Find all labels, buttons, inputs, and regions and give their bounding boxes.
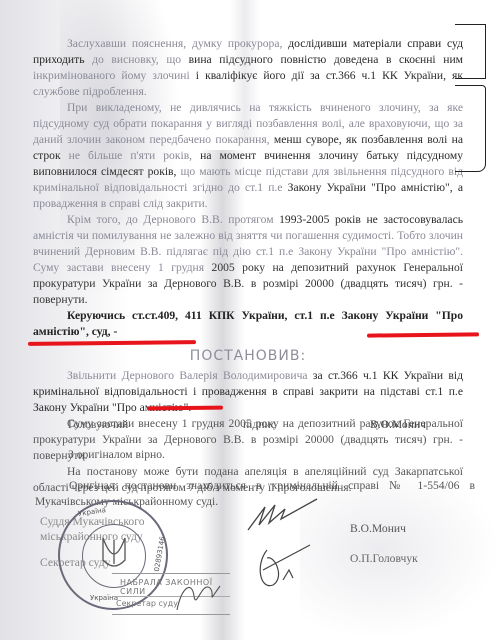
text-segment: до висновку, що bbox=[92, 53, 189, 66]
margin-bracket-mark bbox=[455, 24, 486, 79]
red-underline-mark bbox=[147, 406, 223, 411]
secretary-name: О.П.Головчук bbox=[350, 552, 418, 565]
trident-emblem-icon bbox=[101, 536, 127, 572]
certified-copy-note: З оригіналом вірно. bbox=[68, 448, 165, 461]
judge-signature bbox=[245, 495, 320, 535]
text-segment: Заслухавши пояснення, думку прокурора, bbox=[67, 37, 288, 50]
ruling-heading: ПОСТАНОВИВ: bbox=[33, 348, 463, 364]
presiding-label: Головуючий bbox=[68, 418, 128, 431]
secretary-signature bbox=[255, 540, 315, 600]
text-segment: Крім того, до Дернового В.В. протягом bbox=[67, 213, 279, 226]
paragraph-findings: Заслухавши пояснення, думку прокурора, д… bbox=[33, 36, 463, 100]
margin-bracket-mark bbox=[455, 85, 486, 172]
text-segment: і провадження в справі закрити bbox=[193, 385, 363, 398]
stamp-code-text: 02893146 bbox=[153, 536, 167, 572]
text-segment: службове підроблення. bbox=[33, 85, 147, 98]
paragraph-amnesty: Крім того, до Дернового В.В. протягом 19… bbox=[33, 212, 463, 308]
presiding-name: В.О.Монич bbox=[370, 418, 426, 431]
text-segment: Звільнити Дернового Валерія Володимирови… bbox=[67, 369, 313, 382]
text-segment: вина підсудного повністю доведена в скоє… bbox=[189, 53, 463, 66]
text-segment: провадження в справі слід закрити. bbox=[33, 197, 208, 210]
signature-placeholder: підпис bbox=[243, 418, 276, 431]
stamp-signature bbox=[172, 576, 227, 614]
text-segment: інкримінованого йому злочині bbox=[33, 69, 196, 82]
text-segment: не більше п'яти років, bbox=[69, 149, 201, 162]
legal-force-label: Секретар суду bbox=[116, 599, 178, 608]
legal-force-stamp: НАБРАЛА ЗАКОННОЇ СИЛИ Секретар суду bbox=[112, 573, 230, 615]
text-segment: Закону України "Про амністію", а bbox=[288, 181, 463, 194]
judge-name: В.О.Монич bbox=[350, 522, 406, 535]
text-segment: і кваліфікує його дії за ст.366 ч.1 КК У… bbox=[196, 69, 463, 82]
paragraph-mitigation: При викладеному, не дивлячись на тяжкіст… bbox=[33, 100, 463, 212]
text-segment: 1993-2005 років не застосовувалась bbox=[279, 213, 463, 226]
resolution-release: Звільнити Дернового Валерія Володимирови… bbox=[33, 368, 463, 416]
